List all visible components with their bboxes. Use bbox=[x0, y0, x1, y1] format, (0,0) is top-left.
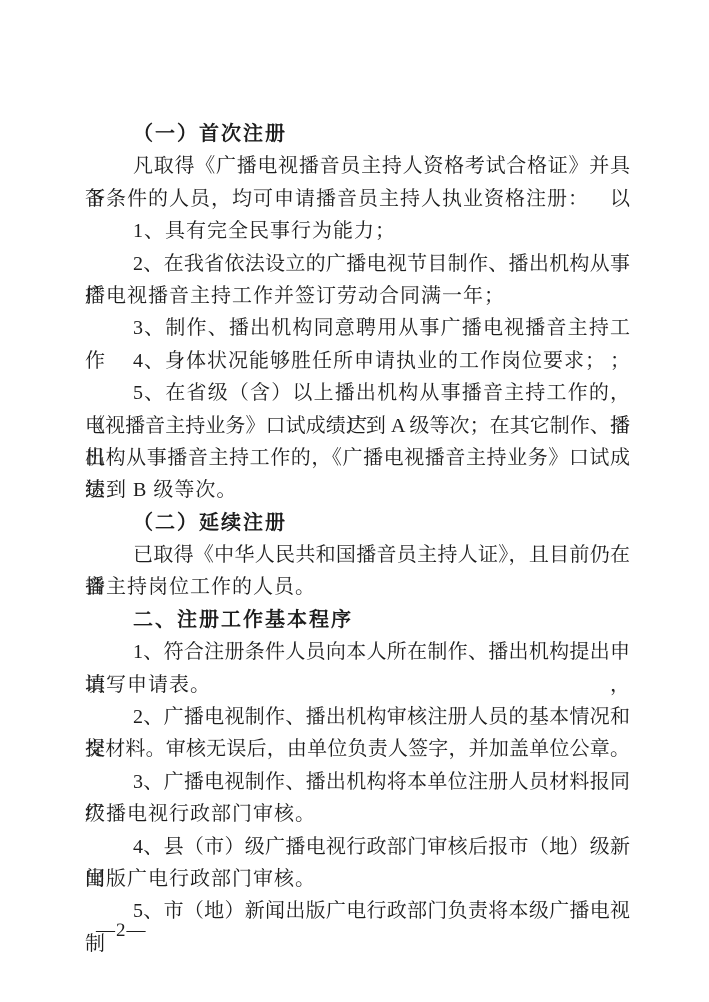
section-heading-basic-procedure: 二、注册工作基本程序 bbox=[85, 604, 630, 636]
list-item-step-3: 3、广播电视制作、播出机构将本单位注册人员材料报同级 bbox=[85, 766, 630, 798]
text-line: 出版广电行政部门审核。 bbox=[85, 863, 630, 895]
list-item-step-2: 2、广播电视制作、播出机构审核注册人员的基本情况和提 bbox=[85, 701, 630, 733]
document-body: （一）首次注册 凡取得《广播电视播音员主持人资格考试合格证》并具备以 下条件的人… bbox=[85, 118, 630, 928]
text-line: 凡取得《广播电视播音员主持人资格考试合格证》并具备以 bbox=[85, 150, 630, 182]
list-item-condition-4: 4、身体状况能够胜任所申请执业的工作岗位要求； bbox=[85, 345, 630, 377]
text-line: 机构从事播音主持工作的，《广播电视播音主持业务》口试成绩 bbox=[85, 442, 630, 474]
text-line: 播电视播音主持工作并签订劳动合同满一年； bbox=[85, 280, 630, 312]
text-line: 已取得《中华人民共和国播音员主持人证》，且目前仍在播 bbox=[85, 539, 630, 571]
list-item-condition-5: 5、在省级（含）以上播出机构从事播音主持工作的，《广播 bbox=[85, 377, 630, 409]
text-line: 电视播音主持业务》口试成绩达到 A 级等次；在其它制作、播出 bbox=[85, 410, 630, 442]
text-line: 交材料。审核无误后，由单位负责人签字，并加盖单位公章。 bbox=[85, 733, 630, 765]
list-item-condition-1: 1、具有完全民事行为能力； bbox=[85, 215, 630, 247]
list-item-condition-3: 3、制作、播出机构同意聘用从事广播电视播音主持工作； bbox=[85, 312, 630, 344]
text-line: 达到 B 级等次。 bbox=[85, 474, 630, 506]
page-number: —2— bbox=[96, 920, 147, 942]
list-item-step-5: 5、市（地）新闻出版广电行政部门负责将本级广播电视制 bbox=[85, 895, 630, 927]
list-item-step-1: 1、符合注册条件人员向本人所在制作、播出机构提出申请， bbox=[85, 636, 630, 668]
list-item-condition-2: 2、在我省依法设立的广播电视节目制作、播出机构从事广 bbox=[85, 248, 630, 280]
document-page: （一）首次注册 凡取得《广播电视播音员主持人资格考试合格证》并具备以 下条件的人… bbox=[0, 0, 709, 1002]
section-heading-renewal-registration: （二）延续注册 bbox=[85, 507, 630, 539]
text-line: 音主持岗位工作的人员。 bbox=[85, 571, 630, 603]
section-heading-first-registration: （一）首次注册 bbox=[85, 118, 630, 150]
list-item-step-4: 4、县（市）级广播电视行政部门审核后报市（地）级新闻 bbox=[85, 831, 630, 863]
text-line: 下条件的人员，均可申请播音员主持人执业资格注册： bbox=[85, 183, 630, 215]
text-line: 广播电视行政部门审核。 bbox=[85, 798, 630, 830]
